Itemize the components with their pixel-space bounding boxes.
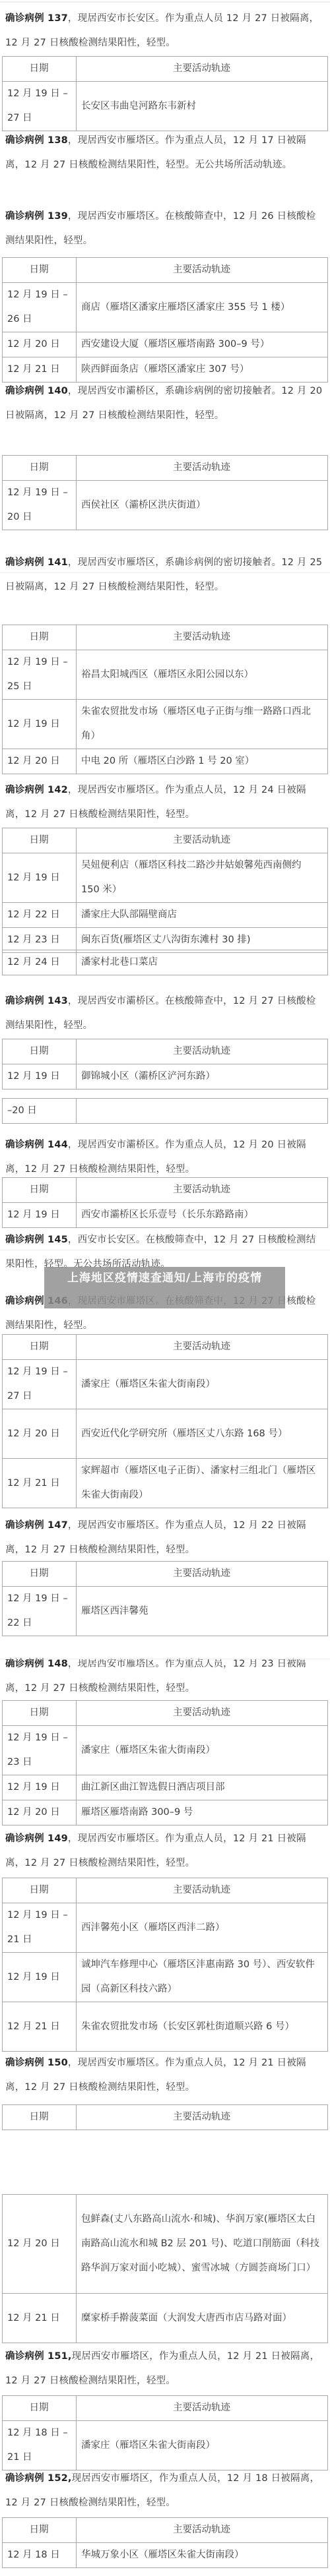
row-track: 吴妞便利店（雁塔区科技二路沙井姑娘馨苑西南侧约 150 米） [77, 853, 328, 903]
row-track: 裕昌太阳城西区（雁塔区永阳公园以东） [77, 650, 328, 700]
table-row: 12 月 19 日 –27 日潘家庄（雁塔区朱雀大街南段） [3, 1360, 328, 1409]
header-track: 主要活动轨迹 [77, 1335, 328, 1360]
row-track: 西安建设大厦（雁塔区雁塔南路 300–9 号） [77, 332, 328, 357]
table-row: 12 月 20 日中电 20 所（雁塔区白沙路 1 号 20 室） [3, 749, 328, 774]
row-track: 雁塔区西沣馨苑 [77, 1587, 328, 1636]
row-date: 12 月 18 日 [3, 2543, 77, 2568]
header-track: 主要活动轨迹 [77, 2105, 328, 2130]
table-row: 12 月 19 日吴妞便利店（雁塔区科技二路沙井姑娘馨苑西南侧约 150 米） [3, 853, 328, 903]
track-table: 日期主要活动轨迹12 月 19 日 –27 日长安区韦曲皂河路东韦新村 [2, 56, 328, 131]
table-header-row: 日期主要活动轨迹 [3, 1039, 328, 1064]
track-table: 日期主要活动轨迹12 月 18 日华城万象小区（雁塔区朱雀大街南段） [2, 2517, 328, 2568]
header-date: 日期 [3, 2105, 77, 2130]
section-divider [0, 1659, 330, 1659]
row-date: 12 月 19 日 [3, 700, 77, 749]
case-paragraph-152: 确诊病例 152,现居西安市雁塔区，作为重点人员，12 月 18 日被隔离，12… [5, 2467, 325, 2515]
row-track: 中电 20 所（雁塔区白沙路 1 号 20 室） [77, 749, 328, 774]
case-paragraph-150: 确诊病例 150，现居西安市雁塔区。作为重点人员，12 月 21 日被隔离，12… [5, 2051, 325, 2100]
case-paragraph-140: 确诊病例 140，现居西安市灞桥区，系确诊病例的密切接触者。12 月 20 日被… [5, 379, 325, 428]
table-row: 12 月 19 日朱雀农贸批发市场（雁塔区电子正街与维一路路口西北角） [3, 700, 328, 749]
row-date: 12 月 18 日 –21 日 [3, 2421, 77, 2470]
case-paragraph-143: 确诊病例 143，现居西安市灞桥区。在核酸筛查中，12 月 27 日核酸检测结果… [5, 989, 325, 1038]
table-header-row: 日期主要活动轨迹 [3, 828, 328, 853]
row-track: 朱雀农贸批发市场（雁塔区电子正街与维一路路口西北角） [77, 700, 328, 749]
row-track: 朱雀农贸批发市场（长安区郭杜街道顺兴路 6 号） [77, 2002, 328, 2052]
table-header-row: 日期主要活动轨迹 [3, 1878, 328, 1903]
table-row: 12 月 21 日家辉超市（雁塔区电子正街）、潘家村三组北门（雁塔区朱雀大街南段… [3, 1459, 328, 1508]
case-label: 确诊病例 147 [5, 1520, 68, 1531]
row-date: 12 月 19 日 –21 日 [3, 1903, 77, 1953]
row-track: 商店（雁塔区潘家庄雁塔区潘家庄 355 号 1 楼） [77, 283, 328, 332]
table-header-row: 日期主要活动轨迹 [3, 456, 328, 481]
case-label: 确诊病例 140 [5, 386, 68, 396]
track-table: 日期主要活动轨迹12 月 19 日 –26 日商店（雁塔区潘家庄雁塔区潘家庄 3… [2, 257, 328, 383]
track-table: 日期主要活动轨迹12 月 19 日 –21 日西沣馨苑小区（雁塔区西沣二路）12… [2, 1878, 328, 2052]
section-divider [0, 572, 330, 573]
row-date: 12 月 19 日 [3, 1203, 77, 1228]
row-track: 诚坤汽车修理中心（雁塔区沣惠南路 30 号）、西安软件园（高新区科技六路） [77, 1953, 328, 2002]
table-header-row: 日期主要活动轨迹 [3, 258, 328, 283]
case-label: 确诊病例 151, [5, 2351, 72, 2362]
case-paragraph-148: 确诊病例 148，现居西安市雁塔区。作为重点人员，12 月 23 日被隔离，12… [5, 1652, 325, 1701]
table-row: 12 月 19 日曲江新区曲江智选假日酒店项目部 [3, 1775, 328, 1800]
row-track: 家辉超市（雁塔区电子正街）、潘家村三组北门（雁塔区朱雀大街南段） [77, 1459, 328, 1508]
table-row: 12 月 18 日华城万象小区（雁塔区朱雀大街南段） [3, 2543, 328, 2568]
row-date: 12 月 20 日 [3, 2195, 77, 2294]
row-date: 12 月 19 日 –20 日 [3, 481, 77, 530]
case-label: 确诊病例 144 [5, 1140, 68, 1150]
header-track: 主要活动轨迹 [77, 1878, 328, 1903]
table-header-row: 日期主要活动轨迹 [3, 1701, 328, 1726]
header-track: 主要活动轨迹 [77, 1039, 328, 1064]
row-date: 12 月 19 日 –22 日 [3, 1587, 77, 1636]
case-label: 确诊病例 150 [5, 2058, 68, 2068]
case-label: 确诊病例 141 [5, 557, 68, 568]
header-track: 主要活动轨迹 [77, 2396, 328, 2421]
row-date: 12 月 23 日 [3, 928, 77, 953]
track-table: 日期主要活动轨迹12 月 19 日 –20 日西侯社区（灞桥区洪庆街道） [2, 455, 328, 530]
case-label: 确诊病例 142 [5, 785, 68, 795]
header-track: 主要活动轨迹 [77, 456, 328, 481]
table-row: –20 日 [3, 1099, 328, 1124]
header-date: 日期 [3, 258, 77, 283]
table-row: 12 月 19 日 –25 日裕昌太阳城西区（雁塔区永阳公园以东） [3, 650, 328, 700]
case-label: 确诊病例 149 [5, 1833, 68, 1844]
track-table: 日期主要活动轨迹 [2, 2104, 328, 2130]
table-row: 12 月 19 日御锦城小区（灞桥区浐河东路） [3, 1064, 328, 1089]
table-row: 12 月 19 日 –22 日雁塔区西沣馨苑 [3, 1587, 328, 1636]
table-row: 12 月 20 日包鲜森(丈八东路高山流水·和城)、华润万家(雁塔区太白南路高山… [3, 2195, 328, 2294]
case-paragraph-138: 确诊病例 138，现居西安市雁塔区。作为重点人员，12 月 17 日被隔离，12… [5, 129, 325, 177]
table-row: 12 月 19 日 –27 日长安区韦曲皂河路东韦新村 [3, 82, 328, 131]
row-track: 西侯社区（灞桥区洪庆街道） [77, 481, 328, 530]
table-row: 12 月 20 日西安近代化学研究所（雁塔区丈八东路 168 号） [3, 1409, 328, 1459]
header-track: 主要活动轨迹 [77, 2518, 328, 2543]
table-header-row: 日期主要活动轨迹 [3, 2396, 328, 2421]
table-row: 12 月 21 日陕西鲜面条店（雁塔区潘家庄 307 号） [3, 357, 328, 383]
header-date: 日期 [3, 2518, 77, 2543]
case-label: 确诊病例 143 [5, 996, 68, 1006]
header-track: 主要活动轨迹 [77, 1701, 328, 1726]
table-row: 12 月 18 日 –21 日潘家庄（雁塔区朱雀大街南段） [3, 2421, 328, 2470]
header-date: 日期 [3, 1178, 77, 1203]
header-date: 日期 [3, 625, 77, 650]
table-row: 12 月 22 日潘家庄大队部隔壁商店 [3, 903, 328, 928]
header-track: 主要活动轨迹 [77, 828, 328, 853]
row-date: 12 月 19 日 [3, 1775, 77, 1800]
header-date: 日期 [3, 2396, 77, 2421]
case-paragraph-151: 确诊病例 151,现居西安市雁塔区，作为重点人员，12 月 21 日被隔离，12… [5, 2345, 325, 2393]
row-date: 12 月 21 日 [3, 2002, 77, 2052]
table-header-row: 日期主要活动轨迹 [3, 1335, 328, 1360]
table-header-row: 日期主要活动轨迹 [3, 57, 328, 82]
track-table: 12 月 20 日包鲜森(丈八东路高山流水·和城)、华润万家(雁塔区太白南路高山… [2, 2194, 328, 2343]
row-track: 潘家庄（雁塔区朱雀大街南段） [77, 1360, 328, 1409]
case-paragraph-149: 确诊病例 149，现居西安市雁塔区。作为重点人员，12 月 21 日被隔离，12… [5, 1827, 325, 1876]
track-table: 日期主要活动轨迹12 月 19 日吴妞便利店（雁塔区科技二路沙井姑娘馨苑西南侧约… [2, 828, 328, 953]
section-divider [0, 1250, 330, 1250]
table-row: 12 月 19 日西安市灞桥区长乐壹号（长乐东路路南） [3, 1203, 328, 1228]
table-row: 12 月 23 日闽东百货(雁塔区丈八沟街东滩村 30 排) [3, 928, 328, 953]
row-track: 御锦城小区（灞桥区浐河东路） [77, 1064, 328, 1089]
row-track [77, 1099, 328, 1124]
row-track: 曲江新区曲江智选假日酒店项目部 [77, 1775, 328, 1800]
row-track: 陕西鲜面条店（雁塔区潘家庄 307 号） [77, 357, 328, 383]
row-date: 12 月 19 日 [3, 853, 77, 903]
row-date: 12 月 20 日 [3, 749, 77, 774]
table-row: 12 月 19 日 –23 日潘家庄（雁塔区朱雀大街南段） [3, 1726, 328, 1775]
case-label: 确诊病例 138 [5, 135, 68, 146]
header-date: 日期 [3, 1335, 77, 1360]
row-date: 12 月 19 日 –27 日 [3, 1360, 77, 1409]
case-paragraph-144: 确诊病例 144，现居西安市灞桥区。作为重点人员，12 月 20 日被隔离，12… [5, 1133, 325, 1182]
row-date: 12 月 19 日 [3, 1064, 77, 1089]
header-date: 日期 [3, 456, 77, 481]
case-label: 确诊病例 148 [5, 1659, 68, 1669]
row-track: 西沣馨苑小区（雁塔区西沣二路） [77, 1903, 328, 1953]
row-date: 12 月 20 日 [3, 332, 77, 357]
row-track: 潘家庄大队部隔壁商店 [77, 903, 328, 928]
table-header-row: 日期主要活动轨迹 [3, 1562, 328, 1587]
track-table: 日期主要活动轨迹12 月 19 日 –27 日潘家庄（雁塔区朱雀大街南段）12 … [2, 1334, 328, 1508]
track-table: 12 月 24 日潘家村北巷口菜店 [2, 950, 328, 975]
row-date: 12 月 20 日 [3, 1409, 77, 1459]
case-label: 确诊病例 145 [5, 1235, 68, 1245]
table-header-row: 日期主要活动轨迹 [3, 2518, 328, 2543]
header-date: 日期 [3, 1562, 77, 1587]
track-table: 日期主要活动轨迹12 月 19 日 –23 日潘家庄（雁塔区朱雀大街南段）12 … [2, 1700, 328, 1825]
row-date: 12 月 20 日 [3, 1800, 77, 1825]
row-track: 包鲜森(丈八东路高山流水·和城)、华润万家(雁塔区太白南路高山流水和城 B2 层… [77, 2195, 328, 2294]
table-row: 12 月 20 日雁塔区雁塔南路 300–9 号 [3, 1800, 328, 1825]
header-date: 日期 [3, 1701, 77, 1726]
header-track: 主要活动轨迹 [77, 258, 328, 283]
row-track: 长安区韦曲皂河路东韦新村 [77, 82, 328, 131]
case-paragraph-137: 确诊病例 137，现居西安市长安区。作为重点人员 12 月 27 日被隔离，12… [5, 7, 325, 55]
row-date: 12 月 21 日 [3, 1459, 77, 1508]
table-header-row: 日期主要活动轨迹 [3, 625, 328, 650]
table-header-row: 日期主要活动轨迹 [3, 1178, 328, 1203]
section-divider [0, 2, 330, 3]
table-row: 12 月 21 日朱雀农贸批发市场（长安区郭杜街道顺兴路 6 号） [3, 2002, 328, 2052]
overlay-caption: 上海地区疫情速查通知/上海市的疫情 [44, 1267, 285, 1308]
row-date: 12 月 19 日 –27 日 [3, 82, 77, 131]
header-date: 日期 [3, 1878, 77, 1903]
header-date: 日期 [3, 57, 77, 82]
row-track: 潘家村北巷口菜店 [77, 950, 328, 975]
row-track: 潘家庄（雁塔区朱雀大街南段） [77, 1726, 328, 1775]
track-table-fragment: –20 日 [2, 1098, 328, 1124]
row-date: 12 月 21 日 [3, 357, 77, 383]
row-date: 12 月 19 日 –23 日 [3, 1726, 77, 1775]
header-date: 日期 [3, 828, 77, 853]
row-track: 潘家庄（雁塔区朱雀大街南段） [77, 2421, 328, 2470]
table-header-row: 日期主要活动轨迹 [3, 2105, 328, 2130]
row-track: 雁塔区雁塔南路 300–9 号 [77, 1800, 328, 1825]
track-table: 日期主要活动轨迹12 月 18 日 –21 日潘家庄（雁塔区朱雀大街南段） [2, 2395, 328, 2470]
track-table: 日期主要活动轨迹12 月 19 日 –22 日雁塔区西沣馨苑 [2, 1561, 328, 1636]
table-row: 12 月 21 日糜家桥手擀菠菜面（大润发大唐西市店马路对面） [3, 2294, 328, 2343]
row-date: 12 月 22 日 [3, 903, 77, 928]
case-paragraph-142: 确诊病例 142，现居西安市雁塔区。作为重点人员，12 月 24 日被隔离，12… [5, 778, 325, 827]
header-date: 日期 [3, 1039, 77, 1064]
row-track: 西安近代化学研究所（雁塔区丈八东路 168 号） [77, 1409, 328, 1459]
table-row: 12 月 24 日潘家村北巷口菜店 [3, 950, 328, 975]
header-track: 主要活动轨迹 [77, 1178, 328, 1203]
table-row: 12 月 19 日诚坤汽车修理中心（雁塔区沣惠南路 30 号）、西安软件园（高新… [3, 1953, 328, 2002]
row-date: 12 月 24 日 [3, 950, 77, 975]
case-label: 确诊病例 137 [5, 13, 68, 24]
case-paragraph-147: 确诊病例 147，现居西安市雁塔区。作为重点人员，12 月 22 日被隔离，12… [5, 1514, 325, 1562]
table-row: 12 月 20 日西安建设大厦（雁塔区雁塔南路 300–9 号） [3, 332, 328, 357]
header-track: 主要活动轨迹 [77, 625, 328, 650]
case-paragraph-139: 确诊病例 139，现居西安市雁塔区。在核酸筛查中，12 月 26 日核酸检测结果… [5, 204, 325, 253]
row-date: 12 月 19 日 [3, 1953, 77, 2002]
row-track: 糜家桥手擀菠菜面（大润发大唐西市店马路对面） [77, 2294, 328, 2343]
row-date: 12 月 21 日 [3, 2294, 77, 2343]
track-table: 日期主要活动轨迹12 月 19 日 –25 日裕昌太阳城西区（雁塔区永阳公园以东… [2, 625, 328, 774]
table-row: 12 月 19 日 –20 日西侯社区（灞桥区洪庆街道） [3, 481, 328, 530]
row-track: 西安市灞桥区长乐壹号（长乐东路路南） [77, 1203, 328, 1228]
case-label: 确诊病例 152, [5, 2473, 72, 2484]
row-track: 华城万象小区（雁塔区朱雀大街南段） [77, 2543, 328, 2568]
row-date: –20 日 [3, 1099, 77, 1124]
row-date: 12 月 19 日 –26 日 [3, 283, 77, 332]
case-label: 确诊病例 139 [5, 211, 68, 222]
row-date: 12 月 19 日 –25 日 [3, 650, 77, 700]
track-table: 日期主要活动轨迹12 月 19 日西安市灞桥区长乐壹号（长乐东路路南） [2, 1177, 328, 1228]
table-row: 12 月 19 日 –26 日商店（雁塔区潘家庄雁塔区潘家庄 355 号 1 楼… [3, 283, 328, 332]
table-row: 12 月 19 日 –21 日西沣馨苑小区（雁塔区西沣二路） [3, 1903, 328, 1953]
header-track: 主要活动轨迹 [77, 1562, 328, 1587]
header-track: 主要活动轨迹 [77, 57, 328, 82]
track-table: 日期主要活动轨迹12 月 19 日御锦城小区（灞桥区浐河东路） [2, 1039, 328, 1089]
case-paragraph-141: 确诊病例 141，现居西安市雁塔区，系确诊病例的密切接触者。12 月 25 日被… [5, 551, 325, 599]
row-track: 闽东百货(雁塔区丈八沟街东滩村 30 排) [77, 928, 328, 953]
